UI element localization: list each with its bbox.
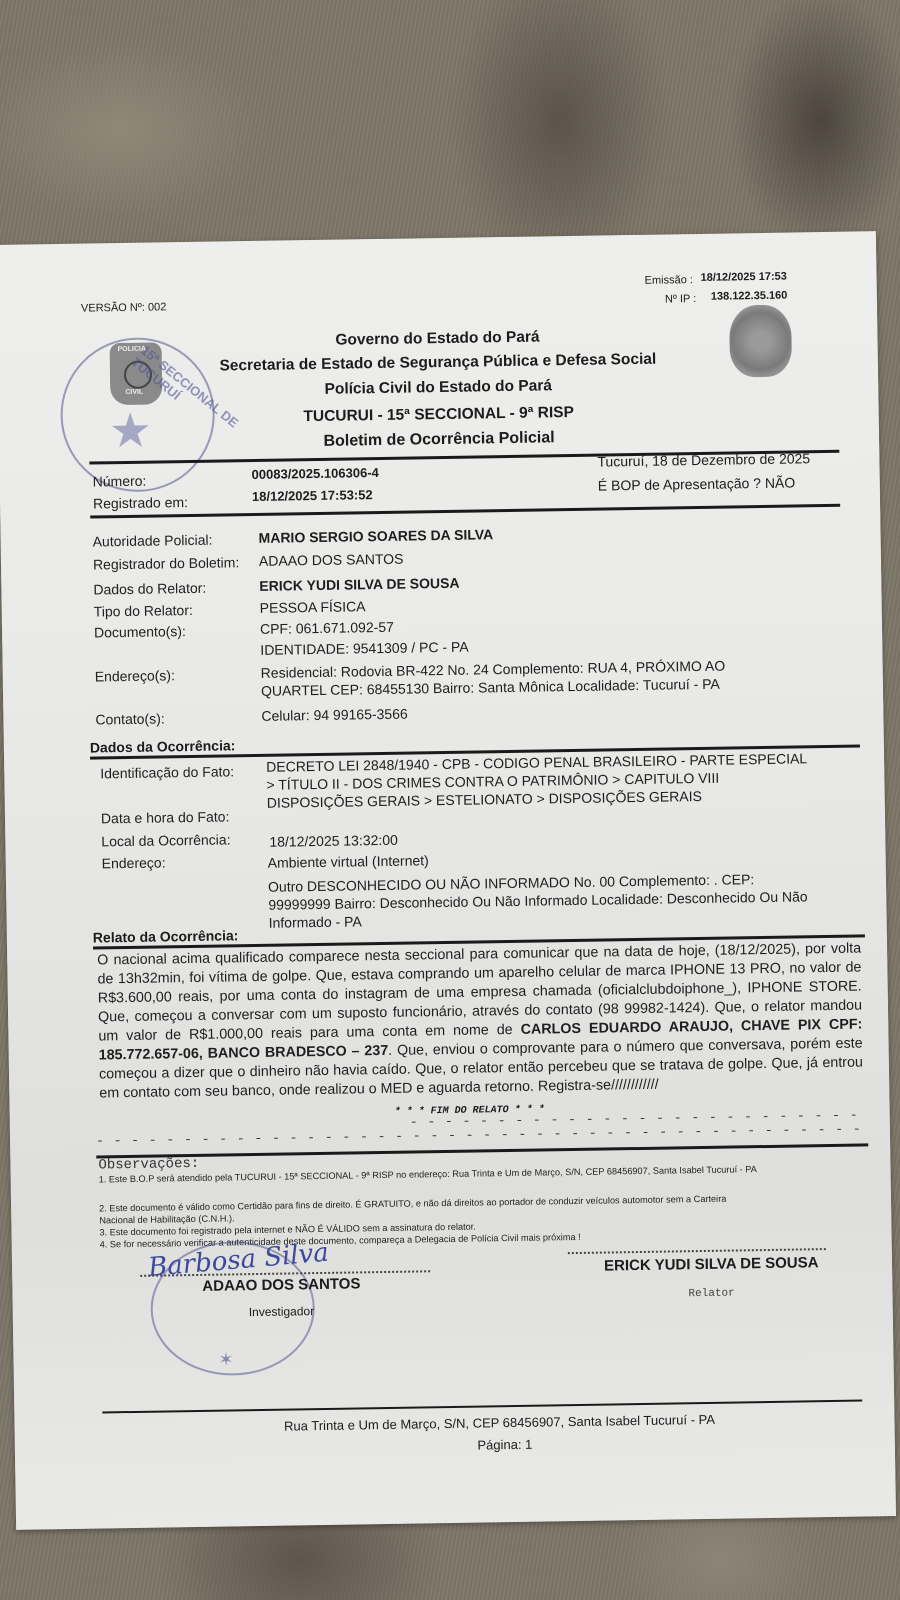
relator-name: ERICK YUDI SILVA DE SOUSA [604, 1254, 819, 1274]
relator-field-label: Registrador do Boletim: [93, 554, 240, 572]
ocorrencia-section-title: Dados da Ocorrência: [90, 737, 236, 755]
relator-field-value: IDENTIDADE: 9541309 / PC - PA [260, 639, 468, 658]
relator-field-value: MARIO SERGIO SOARES DA SILVA [258, 526, 493, 546]
data-hora-label: Data e hora do Fato: [101, 808, 230, 826]
relator-field-label: Endereço(s): [95, 667, 175, 684]
star-icon: ★ [108, 403, 152, 460]
title-government: Governo do Estado do Pará [217, 327, 657, 352]
page-title: Boletim de Ocorrência Policial [219, 428, 659, 453]
version-number: VERSÃO Nº: 002 [81, 301, 167, 314]
relato-section-title: Relato da Ocorrência: [93, 927, 239, 945]
page-number: Página: 1 [435, 1436, 575, 1453]
investigator-name: ADAAO DOS SANTOS [202, 1275, 360, 1294]
ip-address: 138.122.35.160 [711, 290, 788, 303]
registrado-label: Registrado em: [93, 494, 188, 511]
relato-text: O nacional acima qualificado comparece n… [97, 939, 863, 1103]
title-seccional: TUCURUI - 15ª SECCIONAL - 9ª RISP [219, 403, 659, 428]
relator-info: Autoridade Policial:MARIO SERGIO SOARES … [0, 231, 876, 245]
endereco-line-3: Informado - PA [269, 913, 362, 930]
registered-datetime: 18/12/2025 17:53:52 [252, 487, 373, 504]
footer-address: Rua Trinta e Um de Março, S/N, CEP 68456… [264, 1412, 734, 1434]
relator-field-value: Celular: 94 99165-3566 [261, 706, 408, 724]
identificacao-label: Identificação do Fato: [100, 763, 234, 781]
observacao-2: 2. Este documento é válido como Certidão… [99, 1194, 726, 1214]
relator-field-value: PESSOA FÍSICA [260, 598, 366, 616]
emission-date: 18/12/2025 17:53 [700, 271, 786, 284]
police-seal-stamp: POLICIA CIVIL 15ª SECCIONAL DE TUCURUÍ ★ [0, 231, 876, 245]
observacoes-title: Observações: [98, 1156, 199, 1174]
bop-presentation: É BOP de Apresentação ? NÃO [598, 474, 796, 493]
relator-field-label: Dados do Relator: [93, 580, 206, 598]
endereco-label: Endereço: [102, 854, 166, 871]
star-icon: ✶ [218, 1349, 233, 1370]
fato-datetime: 18/12/2025 13:32:00 [269, 832, 398, 850]
relator-role: Relator [688, 1288, 734, 1301]
relator-field-label: Contato(s): [95, 710, 164, 727]
observacao-2-cont: Nacional de Habilitação (C.N.H.). [99, 1213, 234, 1225]
investigator-role: Investigador [249, 1304, 315, 1319]
relator-field-value: CPF: 061.671.092-57 [260, 619, 394, 637]
place-date: Tucuruí, 18 de Dezembro de 2025 [597, 450, 810, 469]
report-number: 00083/2025.106306-4 [251, 465, 378, 482]
police-report-document: VERSÃO Nº: 002 Emissão : 18/12/2025 17:5… [0, 231, 896, 1530]
relator-field-label: Autoridade Policial: [93, 532, 213, 550]
numero-label: Número: [93, 473, 147, 490]
local-label: Local da Ocorrência: [101, 831, 230, 849]
emission-label: Emissão : [645, 274, 693, 287]
title-secretariat: Secretaria de Estado de Segurança Públic… [198, 350, 678, 376]
relator-field-label: Documento(s): [94, 623, 186, 640]
title-civil-police: Polícia Civil do Estado do Pará [218, 376, 658, 401]
relator-field-value: ADAAO DOS SANTOS [259, 551, 404, 569]
ip-label: Nº IP : [665, 293, 697, 305]
relator-field-value: ERICK YUDI SILVA DE SOUSA [259, 575, 459, 594]
local-value: Ambiente virtual (Internet) [268, 852, 429, 871]
state-coat-of-arms [729, 305, 792, 378]
relator-field-label: Tipo do Relator: [94, 602, 193, 620]
